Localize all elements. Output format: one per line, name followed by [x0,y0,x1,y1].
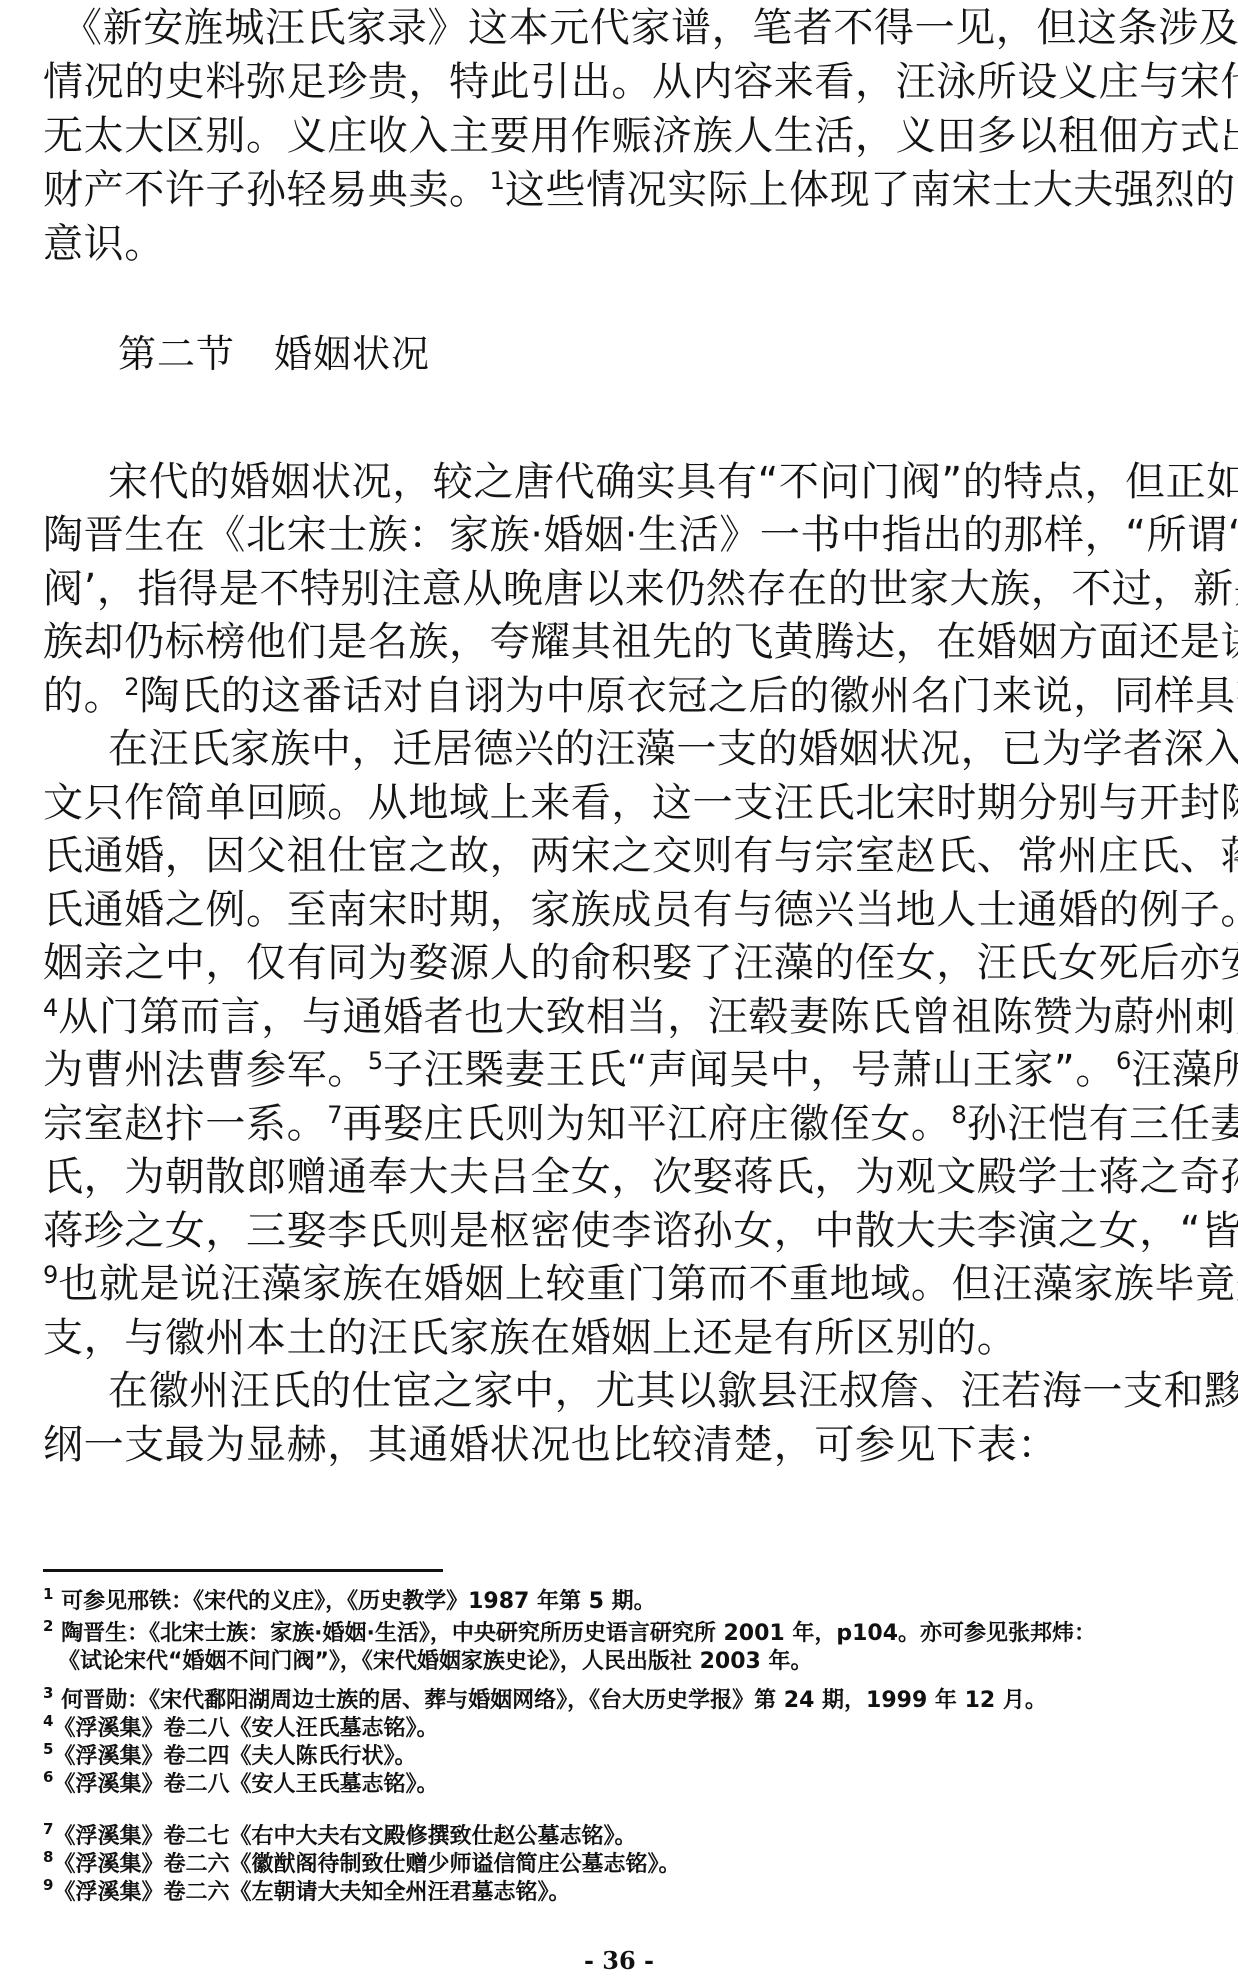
footnote-ref-1[interactable]: 1 [490,167,505,195]
body-line: 支，与徽州本土的汪氏家族在婚姻上还是有所区别的。 [43,1314,1193,1362]
body-line: 无太大区别。义庄收入主要用作赈济族人生活，义田多以租佃方式出租，且义庄 [43,112,1193,160]
footnote-number: 6 [43,1768,53,1786]
body-line: 蒋珍之女，三娶李氏则是枢密使李谘孙女，中散大夫李演之女，“皆公卿大家”。 [43,1207,1193,1255]
body-text: 宗室赵抃一系。 [43,1101,327,1147]
body-text: 陶氏的这番话对自诩为中原衣冠之后的徽州名门来说，同样具有适用性。 [139,673,1238,719]
body-line: 阀’，指得是不特别注意从晚唐以来仍然存在的世家大族，不过，新兴的世家大 [43,565,1193,613]
body-text: 从门第而言，与通婚者也大致相当，汪毂妻陈氏曾祖陈赞为蔚州刺史，父陈谘 [58,994,1238,1040]
body-text: 汪藻所娶赵氏为 [1131,1047,1238,1093]
footnote-2-continuation: 《试论宋代“婚姻不问门阀”》，《宋代婚姻家族史论》，人民出版社 2003 年。 [58,1647,1208,1677]
body-line: 氏，为朝散郎赠通奉大夫吕全女，次娶蒋氏，为观文殿学士蒋之奇孙女，宣德郎 [43,1153,1193,1201]
footnote-7: 7《浮溪集》卷二七《右中大夫右文殿修撰致仕赵公墓志铭》。 [43,1822,1193,1852]
footnote-number: 9 [43,1876,53,1894]
body-line: 情况的史料弥足珍贵，特此引出。从内容来看，汪泳所设义庄与宋代多数义庄并 [43,58,1193,106]
page-number: - 36 - [569,1946,669,1976]
footnote-ref-4[interactable]: 4 [43,994,58,1022]
body-line: 陶晋生在《北宋士族：家族·婚姻·生活》一书中指出的那样，“所谓‘不问门 [43,511,1193,559]
footnote-8: 8《浮溪集》卷二六《徽猷阁待制致仕赠少师谥信简庄公墓志铭》。 [43,1850,1193,1880]
footnote-number: 4 [43,1712,53,1730]
footnote-ref-6[interactable]: 6 [1116,1047,1131,1075]
footnote-4: 4《浮溪集》卷二八《安人汪氏墓志铭》。 [43,1714,1193,1744]
body-text: 子汪槩妻王氏“声闻吴中，号萧山王家”。 [383,1047,1116,1093]
footnote-number: 7 [43,1820,53,1838]
body-line: 姻亲之中，仅有同为婺源人的俞积娶了汪藻的侄女，汪氏女死后亦安葬在婺源。 [43,939,1193,987]
footnote-text: 陶晋生：《北宋士族：家族·婚姻·生活》，中央研究所历史语言研究所 2001 年，… [61,1621,1096,1646]
body-line: 9也就是说汪藻家族在婚姻上较重门第而不重地域。但汪藻家族毕竟是外迁的一 [43,1260,1193,1308]
footnote-6: 6《浮溪集》卷二八《安人王氏墓志铭》。 [43,1770,1193,1800]
body-line: 的。2陶氏的这番话对自诩为中原衣冠之后的徽州名门来说，同样具有适用性。 [43,672,1193,720]
section-heading: 第二节 婚姻状况 [118,330,430,378]
body-text: 孙汪恺有三任妻子，初娶吕 [967,1101,1238,1147]
body-text: 再娶庄氏则为知平江府庄徽侄女。 [342,1101,951,1147]
footnote-1: 1 可参见邢铁：《宋代的义庄》，《历史教学》1987 年第 5 期。 [43,1587,1193,1617]
footnote-5: 5《浮溪集》卷二四《夫人陈氏行状》。 [43,1742,1193,1772]
footnote-text: 《浮溪集》卷二四《夫人陈氏行状》。 [53,1744,416,1769]
body-line: 意识。 [43,220,1193,268]
footnote-number: 2 [43,1617,53,1635]
body-text: 财产不许子孙轻易典卖。 [43,167,490,213]
footnote-number: 5 [43,1740,53,1758]
footnote-text: 《浮溪集》卷二六《徽猷阁待制致仕赠少师谥信简庄公墓志铭》。 [53,1852,680,1877]
footnote-number: 1 [43,1585,53,1603]
body-text: 的。 [43,673,124,719]
body-line: 宗室赵抃一系。7再娶庄氏则为知平江府庄徽侄女。8孙汪恺有三任妻子，初娶吕 [43,1100,1193,1148]
footnote-ref-2[interactable]: 2 [124,673,139,701]
body-line: 纲一支最为显赫，其通婚状况也比较清楚，可参见下表： [43,1421,1193,1469]
footnote-text: 《浮溪集》卷二八《安人王氏墓志铭》。 [53,1772,438,1797]
footnote-text: 《浮溪集》卷二七《右中大夫右文殿修撰致仕赵公墓志铭》。 [53,1824,636,1849]
footnote-ref-8[interactable]: 8 [951,1101,966,1129]
body-line: 族却仍标榜他们是名族，夸耀其祖先的飞黄腾达，在婚姻方面还是讲求门当户对 [43,618,1193,666]
body-line: 文只作简单回顾。从地域上来看，这一支汪氏北宋时期分别与开封陈氏、浙江萧 [43,779,1193,827]
body-text: 也就是说汪藻家族在婚姻上较重门第而不重地域。但汪藻家族毕竟是外迁的一 [58,1261,1238,1307]
body-line: 在汪氏家族中，迁居德兴的汪藻一支的婚姻状况，已为学者深入研究。3本 [108,725,1193,773]
body-text: 这些情况实际上体现了南宋士大夫强烈的“敬宗收族” [505,167,1238,213]
footnote-3: 3 何晋勋：《宋代鄱阳湖周边士族的居、葬与婚姻网络》，《台大历史学报》第 24 … [43,1686,1193,1716]
body-line: 氏通婚之例。至南宋时期，家族成员有与德兴当地人士通婚的例子。而在其众多 [43,886,1193,934]
footnote-9: 9《浮溪集》卷二六《左朝请大夫知全州汪君墓志铭》。 [43,1878,1193,1908]
body-line: 《新安旌城汪氏家录》这本元代家谱，笔者不得一见，但这条涉及义庄具体运行 [62,4,1193,52]
body-line: 宋代的婚姻状况，较之唐代确实具有“不问门阀”的特点，但正如台湾学者 [108,458,1193,506]
body-text: 在汪氏家族中，迁居德兴的汪藻一支的婚姻状况，已为学者深入研究。 [108,726,1238,772]
body-line: 在徽州汪氏的仕宦之家中，尤其以歙县汪叔詹、汪若海一支和黟县汪勃、汪 [108,1367,1193,1415]
footnote-ref-7[interactable]: 7 [327,1101,342,1129]
document-page: 《新安旌城汪氏家录》这本元代家谱，笔者不得一见，但这条涉及义庄具体运行 情况的史… [0,0,1238,1981]
footnote-2: 2 陶晋生：《北宋士族：家族·婚姻·生活》，中央研究所历史语言研究所 2001 … [43,1619,1193,1649]
footnote-text: 可参见邢铁：《宋代的义庄》，《历史教学》1987 年第 5 期。 [61,1589,656,1614]
footnote-text: 何晋勋：《宋代鄱阳湖周边士族的居、葬与婚姻网络》，《台大历史学报》第 24 期，… [61,1688,1047,1713]
body-line: 氏通婚，因父祖仕宦之故，两宋之交则有与宗室赵氏、常州庄氏、蒋氏、新喻李 [43,832,1193,880]
body-line: 4从门第而言，与通婚者也大致相当，汪毂妻陈氏曾祖陈赞为蔚州刺史，父陈谘 [43,993,1193,1041]
footnote-ref-5[interactable]: 5 [368,1047,383,1075]
body-line: 财产不许子孙轻易典卖。1这些情况实际上体现了南宋士大夫强烈的“敬宗收族” [43,166,1193,214]
footnote-text: 《浮溪集》卷二八《安人汪氏墓志铭》。 [53,1716,438,1741]
footnote-separator [43,1569,443,1572]
footnote-ref-9[interactable]: 9 [43,1261,58,1289]
body-line: 为曹州法曹参军。5子汪槩妻王氏“声闻吴中，号萧山王家”。6汪藻所娶赵氏为 [43,1046,1193,1094]
footnote-text: 《浮溪集》卷二六《左朝请大夫知全州汪君墓志铭》。 [53,1880,570,1905]
body-text: 为曹州法曹参军。 [43,1047,368,1093]
footnote-number: 3 [43,1684,53,1702]
footnote-number: 8 [43,1848,53,1866]
